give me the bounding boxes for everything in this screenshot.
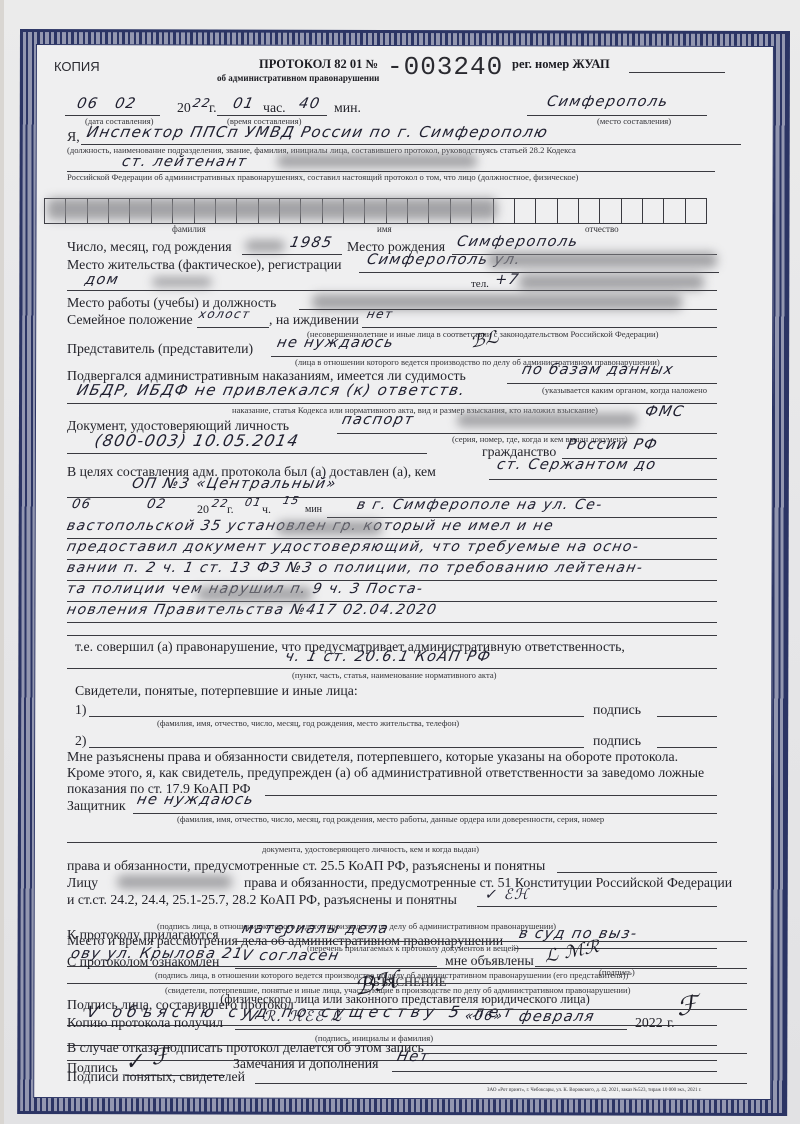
- signature-block: К протоколу прилагаются материалы дела (…: [67, 907, 767, 1107]
- copy-received-year-suffix: г.: [667, 1015, 675, 1031]
- copy-received-year: 2022: [635, 1015, 663, 1031]
- copy-received-signature: V ℛ. ℋℰℰ ℒ: [245, 1009, 345, 1025]
- participants-field[interactable]: [67, 983, 747, 984]
- witness-signs-label: Подписи понятых, свидетелей: [67, 1069, 245, 1085]
- copy-received-day[interactable]: «06»: [463, 1009, 504, 1024]
- copy-received-label: Копию протокола получил: [67, 1015, 223, 1031]
- attached-label: К протоколу прилагаются: [67, 927, 219, 943]
- acquainted-label: С протоколом ознакомлен: [67, 954, 219, 970]
- witness-signs-field[interactable]: [255, 1083, 747, 1084]
- copy-received-month[interactable]: февраля: [517, 1009, 596, 1025]
- acquainted-field[interactable]: [235, 968, 747, 969]
- footer-print-info: ЗАО «Рот принт», г. Чебоксары, ул. К. Во…: [487, 1088, 702, 1093]
- refusal-label: В случае отказа подписать протокол делае…: [67, 1040, 424, 1056]
- attached-value[interactable]: материалы дела: [240, 921, 390, 937]
- refusal-field[interactable]: [427, 1053, 747, 1054]
- copy-received-field[interactable]: [235, 1029, 627, 1030]
- attached-field[interactable]: [235, 941, 747, 942]
- acquainted-value[interactable]: V согласен: [240, 948, 341, 964]
